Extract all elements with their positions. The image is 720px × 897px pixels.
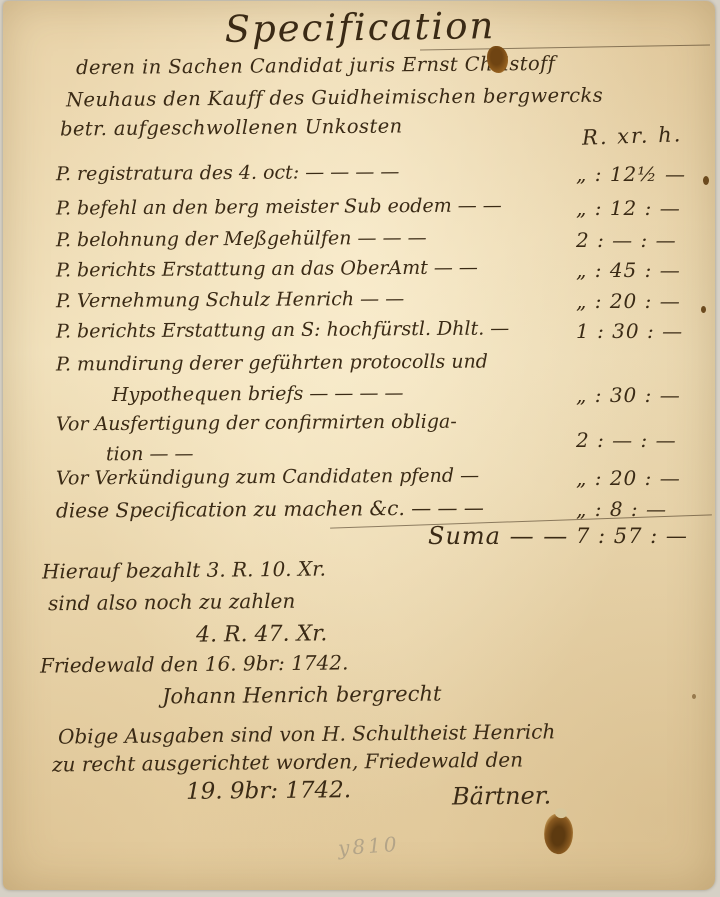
ledger-item-amount: „ : 12½ — bbox=[576, 162, 714, 186]
suma-label: Suma — — bbox=[428, 522, 568, 550]
header-line: Neuhaus den Kauff des Guidheimischen ber… bbox=[66, 84, 603, 112]
balance-due-line: sind also noch zu zahlen bbox=[48, 589, 296, 616]
ledger-row: P. berichts Erstattung an das OberAmt — … bbox=[0, 258, 706, 288]
ledger-row: P. Vernehmung Schulz Henrich — — „ : 20 … bbox=[0, 289, 706, 319]
attestation-date: 19. 9br: 1742. bbox=[186, 777, 351, 805]
ledger-item-amount: 1 : 30 : — bbox=[576, 319, 714, 343]
ledger-item-text: Hypothequen briefs — — — — bbox=[112, 382, 404, 406]
ledger-item-text: tion — — bbox=[106, 443, 194, 466]
pencil-archive-note: y810 bbox=[337, 832, 400, 860]
ledger-row: P. registratura des 4. oct: — — — — „ : … bbox=[0, 162, 706, 192]
official-signature: Bärtner. bbox=[452, 781, 551, 810]
suma-amount: 7 : 57 : — bbox=[576, 524, 688, 548]
ledger-row: Vor Verkündigung zum Candidaten pfend — … bbox=[0, 466, 706, 496]
ledger-item-text: P. berichts Erstattung an S: hochfürstl.… bbox=[56, 317, 509, 342]
ledger-item-amount: „ : 45 : — bbox=[576, 258, 714, 282]
ledger-item-text: P. berichts Erstattung an das OberAmt — … bbox=[56, 257, 478, 282]
ledger-item-text: diese Specification zu machen &c. — — — bbox=[56, 496, 484, 523]
header-line: betr. aufgeschwollenen Unkosten bbox=[60, 115, 403, 141]
ledger-item-text: P. befehl an den berg meister Sub eodem … bbox=[56, 194, 502, 219]
ledger-row: P. belohnung der Meßgehülfen — — — 2 : —… bbox=[0, 228, 706, 258]
ledger-row: Hypothequen briefs — — — — „ : 30 : — bbox=[0, 383, 706, 413]
edge-speck bbox=[703, 176, 709, 185]
place-date-line: Friedewald den 16. 9br: 1742. bbox=[40, 650, 349, 677]
balance-due-amount: 4. R. 47. Xr. bbox=[196, 621, 328, 647]
ledger-row: P. befehl an den berg meister Sub eodem … bbox=[0, 196, 706, 226]
edge-speck bbox=[692, 694, 696, 699]
ledger-item-text: P. belohnung der Meßgehülfen — — — bbox=[56, 227, 427, 252]
ledger-item-text: P. registratura des 4. oct: — — — — bbox=[56, 161, 399, 185]
ink-blot-stain bbox=[487, 46, 508, 73]
header-line: deren in Sachen Candidat juris Ernst Chr… bbox=[76, 52, 556, 79]
ledger-row: P. berichts Erstattung an S: hochfürstl.… bbox=[0, 319, 706, 349]
ledger-row: diese Specification zu machen &c. — — — … bbox=[0, 497, 706, 527]
ledger-item-amount: „ : 30 : — bbox=[576, 383, 714, 407]
ledger-item-amount: „ : 20 : — bbox=[576, 466, 714, 490]
ledger-item-amount: 2 : — : — bbox=[576, 228, 714, 252]
ledger-item-text: P. Vernehmung Schulz Henrich — — bbox=[56, 288, 404, 312]
ledger-item-text: P. mundirung derer geführten protocolls … bbox=[56, 350, 488, 375]
edge-speck bbox=[701, 306, 706, 313]
ledger-item-amount: „ : 20 : — bbox=[576, 289, 714, 313]
ledger-row: P. mundirung derer geführten protocolls … bbox=[0, 352, 706, 382]
currency-column-header: R. xr. h. bbox=[582, 122, 683, 149]
ledger-item-amount: „ : 12 : — bbox=[576, 196, 714, 220]
paid-line: Hierauf bezahlt 3. R. 10. Xr. bbox=[42, 557, 326, 584]
ledger-item-text: Vor Verkündigung zum Candidaten pfend — bbox=[56, 465, 479, 490]
ledger-row: Vor Ausfertigung der confirmirten obliga… bbox=[0, 412, 706, 442]
clerk-signature: Johann Henrich bergrecht bbox=[162, 682, 442, 709]
scanned-manuscript-page: Specification deren in Sachen Candidat j… bbox=[0, 0, 720, 897]
attestation-line: zu recht ausgerichtet worden, Friedewald… bbox=[52, 748, 523, 777]
ledger-item-text: Vor Ausfertigung der confirmirten obliga… bbox=[56, 411, 457, 436]
